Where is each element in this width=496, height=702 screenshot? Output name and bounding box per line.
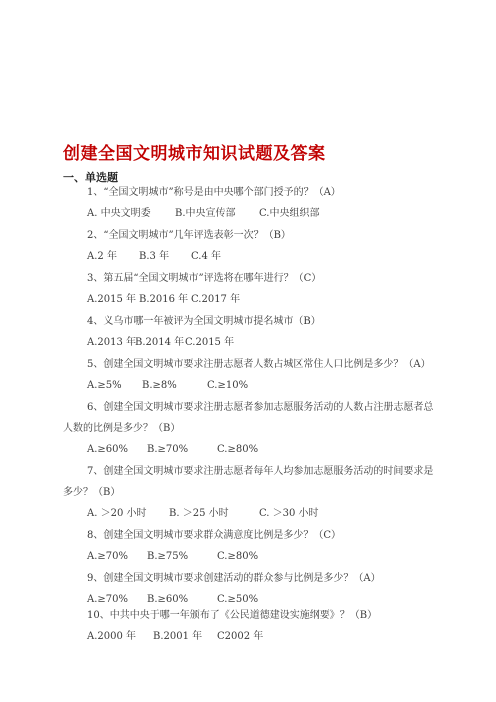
option-a: A.2 年 [87, 251, 117, 263]
question-5: 5、创建全国文明城市要求注册志愿者人数占城区常住人口比例是多少？（A） [87, 359, 431, 371]
document-page: 创建全国文明城市知识试题及答案 一、单选题 1、“全国文明城市”称号是由中央哪个… [0, 0, 496, 702]
option-a: A. 中央文明委 [87, 208, 151, 220]
question-2: 2、“全国文明城市”几年评选表彰一次？（B） [87, 230, 291, 242]
option-b: B. ＞25 小时 [169, 508, 229, 520]
option-b: B.2014 年 [135, 337, 184, 349]
section-heading: 一、单选题 [63, 169, 118, 185]
option-a: A.≥70% [87, 594, 128, 606]
option-c: C.2017 年 [191, 294, 240, 306]
option-b: B.≥75% [147, 551, 188, 563]
question-7-continued: 多少？（B） [63, 487, 120, 499]
question-7: 7、创建全国文明城市要求注册志愿者每年人均参加志愿服务活动的时间要求是 [87, 466, 433, 478]
option-b: B.2016 年 [139, 294, 188, 306]
option-c: C2002 年 [217, 631, 263, 643]
option-c: C. ＞30 小时 [259, 508, 319, 520]
question-3: 3、第五届“全国文明城市”评选将在哪年进行？（C） [87, 273, 321, 285]
option-a: A.2013 年 [87, 337, 136, 349]
question-10: 10、中共中央于哪一年颁布了《公民道德建设实施纲要》？（B） [87, 610, 377, 622]
option-a: A.2015 年 [87, 294, 136, 306]
document-title: 创建全国文明城市知识试题及答案 [63, 139, 326, 164]
option-c: C.≥80% [217, 551, 258, 563]
option-c: C.≥50% [217, 594, 258, 606]
question-9: 9、创建全国文明城市要求创建活动的群众参与比例是多少？（A） [87, 573, 381, 585]
option-a: A.≥60% [87, 444, 128, 456]
option-b: B.中央宣传部 [175, 208, 236, 220]
option-b: B.3 年 [139, 251, 169, 263]
option-a: A. ＞20 小时 [87, 508, 146, 520]
option-b: B.≥60% [147, 594, 188, 606]
option-c: C.中央组织部 [259, 208, 319, 220]
question-6: 6、创建全国文明城市要求注册志愿者参加志愿服务活动的人数占注册志愿者总 [87, 402, 433, 414]
option-c: C.2015 年 [185, 337, 234, 349]
question-6-continued: 人数的比例是多少？（B） [63, 423, 180, 435]
option-c: C.≥80% [217, 444, 258, 456]
option-c: C.≥10% [207, 380, 248, 392]
option-a: A.≥70% [87, 551, 128, 563]
option-b: B.2001 年 [153, 631, 202, 643]
option-b: B.≥8% [142, 380, 177, 392]
question-1: 1、“全国文明城市”称号是由中央哪个部门授予的？（A） [87, 187, 341, 199]
option-a: A.2000 年 [87, 631, 136, 643]
option-c: C.4 年 [191, 251, 221, 263]
question-8: 8、创建全国文明城市要求群众满意度比例是多少？（C） [87, 530, 341, 542]
option-a: A.≥5% [87, 380, 122, 392]
question-4: 4、义乌市哪一年被评为全国文明城市提名城市（B） [87, 316, 321, 328]
option-b: B.≥70% [147, 444, 188, 456]
